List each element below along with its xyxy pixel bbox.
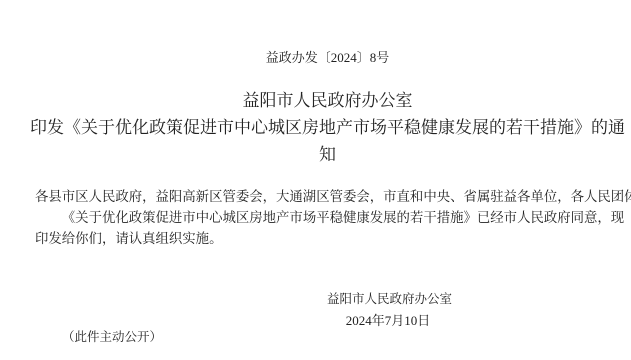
signature-date: 2024年7月10日	[327, 310, 449, 332]
salutation: 各县市区人民政府，益阳高新区管委会，大通湖区管委会，市直和中央、省属驻益各单位，…	[35, 187, 627, 208]
title-subject-line-2: 知	[30, 142, 625, 169]
document-number: 益政办发〔2024〕8号	[0, 50, 631, 66]
body-paragraph: 《关于优化政策促进市中心城区房地产市场平稳健康发展的若干措施》已经市人民政府同意…	[35, 208, 627, 250]
title-subject-line-1: 印发《关于优化政策促进市中心城区房地产市场平稳健康发展的若干措施》的通	[30, 115, 625, 142]
document-body: 各县市区人民政府，益阳高新区管委会，大通湖区管委会，市直和中央、省属驻益各单位，…	[35, 187, 627, 250]
signature-block: 益阳市人民政府办公室 2024年7月10日	[327, 288, 449, 332]
disclosure-note: （此件主动公开）	[62, 328, 162, 346]
title-issuer: 益阳市人民政府办公室	[30, 88, 625, 115]
signature-organization: 益阳市人民政府办公室	[327, 288, 449, 310]
document-title: 益阳市人民政府办公室 印发《关于优化政策促进市中心城区房地产市场平稳健康发展的若…	[30, 88, 625, 169]
